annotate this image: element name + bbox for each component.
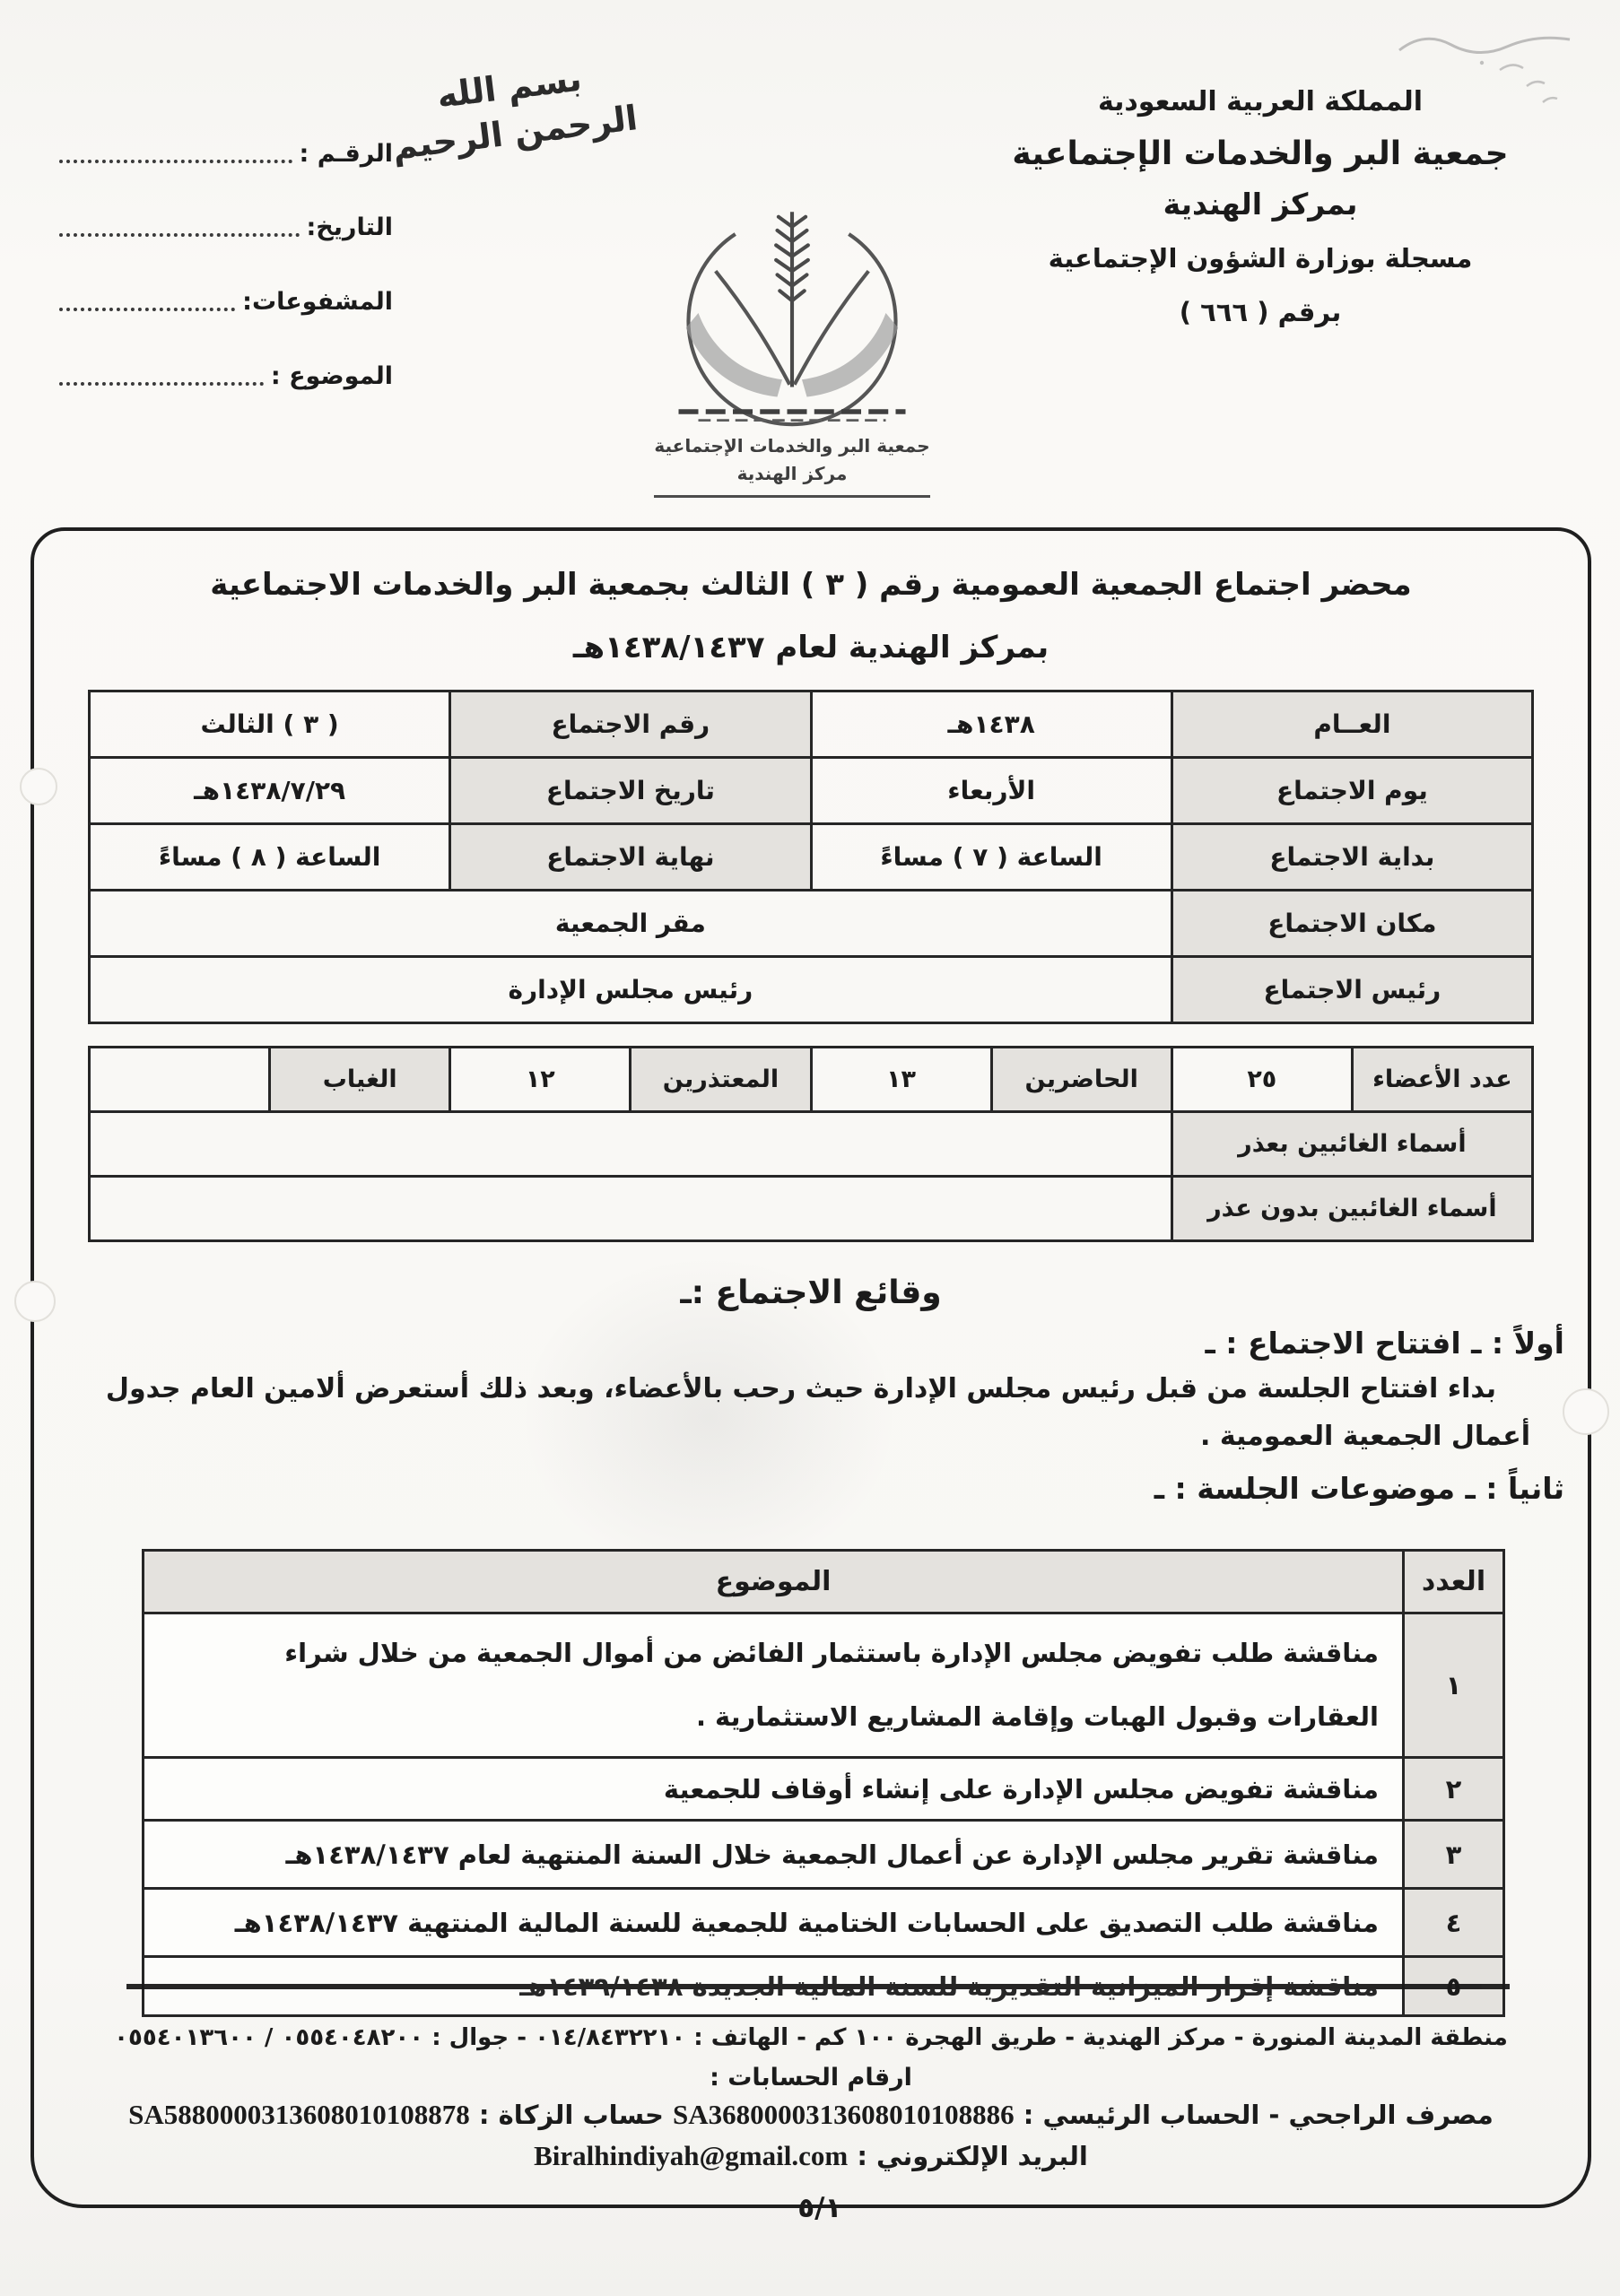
absent-with-excuse-label: أسماء الغائبين بعذر xyxy=(1171,1112,1532,1177)
info-label-cell: مكان الاجتماع xyxy=(1171,891,1532,957)
footer-address: منطقة المدينة المنورة - مركز الهندية - ط… xyxy=(34,2024,1588,2051)
registration-note: مسجلة بوزارة الشؤون الإجتماعية xyxy=(951,243,1570,274)
footer-bank-line: مصرف الراجحي - الحساب الرئيسي : SA368000… xyxy=(34,2099,1588,2131)
attendance-label-cell: الغياب xyxy=(270,1048,450,1112)
date-field: التاريخ: xyxy=(59,211,393,242)
strikethrough-line xyxy=(126,1984,1510,1989)
table-row: ٤ مناقشة طلب التصديق على الحسابات الختام… xyxy=(144,1889,1504,1957)
punch-hole xyxy=(20,768,57,805)
attachments-field-label: المشفوعات: xyxy=(242,288,393,316)
topic-subject: مناقشة طلب التصديق على الحسابات الختامية… xyxy=(144,1889,1404,1957)
page-number: ٥/١ xyxy=(797,2192,841,2224)
letterhead-left-fields: الرقـم : التاريخ: المشفوعات: الموضوع : xyxy=(59,136,393,433)
absent-without-excuse-label: أسماء الغائبين بدون عذر xyxy=(1171,1177,1532,1241)
footer-email-line: البريد الإلكتروني : Biralhindiyah@gmail.… xyxy=(34,2140,1588,2172)
number-field: الرقـم : xyxy=(59,136,393,168)
punch-hole xyxy=(14,1281,56,1322)
info-label-cell: العــام xyxy=(1171,691,1532,758)
attendance-label-cell: الحاضرين xyxy=(991,1048,1171,1112)
date-field-blank xyxy=(59,211,300,238)
info-label-cell: نهاية الاجتماع xyxy=(450,824,811,891)
topics-subject-header: الموضوع xyxy=(144,1551,1404,1613)
date-field-label: التاريخ: xyxy=(307,213,394,241)
info-label-cell: يوم الاجتماع xyxy=(1171,758,1532,824)
info-value-cell: ( ٣ ) الثالث xyxy=(90,691,450,758)
meeting-info-table: العــام ١٤٣٨هـ رقم الاجتماع ( ٣ ) الثالث… xyxy=(88,690,1534,1024)
document-body-frame: محضر اجتماع الجمعية العمومية رقم ( ٣ ) ا… xyxy=(30,527,1591,2208)
logo-caption-line1: جمعية البر والخدمات الإجتماعية xyxy=(654,432,929,460)
country-name: المملكة العربية السعودية xyxy=(951,86,1570,117)
letterhead-right-block: المملكة العربية السعودية جمعية البر والخ… xyxy=(951,86,1570,327)
main-account-number: SA3680000313608010108886 xyxy=(673,2099,1015,2130)
subject-field: الموضوع : xyxy=(59,359,393,390)
topics-number-header: العدد xyxy=(1404,1551,1504,1613)
table-row: العــام ١٤٣٨هـ رقم الاجتماع ( ٣ ) الثالث xyxy=(90,691,1533,758)
first-item-title: أولاً : ـ افتتاح الاجتماع : ـ xyxy=(34,1326,1564,1361)
attendance-table: عدد الأعضاء ٢٥ الحاضرين ١٣ المعتذرين ١٢ … xyxy=(88,1046,1534,1242)
document-title-line1: محضر اجتماع الجمعية العمومية رقم ( ٣ ) ا… xyxy=(34,554,1588,617)
attendance-value-cell: ٢٥ xyxy=(1171,1048,1352,1112)
topic-number: ٢ xyxy=(1404,1758,1504,1821)
info-label-cell: بداية الاجتماع xyxy=(1171,824,1532,891)
table-row: ٣ مناقشة تقرير مجلس الإدارة عن أعمال الج… xyxy=(144,1821,1504,1889)
second-item-title: ثانياً : ـ موضوعات الجلسة : ـ xyxy=(34,1471,1564,1506)
table-row: ٢ مناقشة تفويض مجلس الإدارة على إنشاء أو… xyxy=(144,1758,1504,1821)
topic-subject: مناقشة طلب تفويض مجلس الإدارة باستثمار ا… xyxy=(144,1613,1404,1758)
punch-hole xyxy=(1563,1388,1609,1435)
topic-number: ٤ xyxy=(1404,1889,1504,1957)
logo-caption-line2: مركز الهندية xyxy=(654,460,929,488)
association-name: جمعية البر والخدمات الإجتماعية xyxy=(951,135,1570,172)
attendance-value-cell: ١٢ xyxy=(450,1048,631,1112)
email-label: البريد الإلكتروني : xyxy=(857,2141,1088,2171)
info-value-cell: مقر الجمعية xyxy=(90,891,1172,957)
info-label-cell: تاريخ الاجتماع xyxy=(450,758,811,824)
basmala-calligraphy: بسم الله الرحمن الرحيم xyxy=(378,49,647,172)
zakat-account-label: حساب الزكاة : xyxy=(479,2100,664,2130)
table-row: مكان الاجتماع مقر الجمعية xyxy=(90,891,1533,957)
topic-number: ١ xyxy=(1404,1613,1504,1758)
number-field-label: الرقـم : xyxy=(300,140,393,168)
info-label-cell: رقم الاجتماع xyxy=(450,691,811,758)
info-value-cell: ١٤٣٨هـ xyxy=(811,691,1171,758)
table-row: رئيس الاجتماع رئيس مجلس الإدارة xyxy=(90,957,1533,1023)
logo-caption: جمعية البر والخدمات الإجتماعية مركز الهن… xyxy=(654,432,929,498)
table-row: عدد الأعضاء ٢٥ الحاضرين ١٣ المعتذرين ١٢ … xyxy=(90,1048,1533,1112)
topic-number: ٣ xyxy=(1404,1821,1504,1889)
table-row-struck: ٥ مناقشة إقرار الميزانية التقديرية للسنة… xyxy=(144,1957,1504,2016)
subject-field-label: الموضوع : xyxy=(271,362,393,390)
attendance-label-cell: عدد الأعضاء xyxy=(1352,1048,1532,1112)
info-value-cell: الساعة ( ٧ ) مساءً xyxy=(811,824,1171,891)
document-title-line2: بمركز الهندية لعام ١٤٣٨/١٤٣٧هـ xyxy=(34,617,1588,680)
info-value-cell: الساعة ( ٨ ) مساءً xyxy=(90,824,450,891)
association-logo: جمعية البر والخدمات الإجتماعية مركز الهن… xyxy=(626,204,958,498)
scanned-document-page: المملكة العربية السعودية جمعية البر والخ… xyxy=(0,0,1620,2296)
table-row: بداية الاجتماع الساعة ( ٧ ) مساءً نهاية … xyxy=(90,824,1533,891)
table-row: ١ مناقشة طلب تفويض مجلس الإدارة باستثمار… xyxy=(144,1613,1504,1758)
topic-subject-struck: مناقشة إقرار الميزانية التقديرية للسنة ا… xyxy=(144,1957,1404,2016)
number-field-blank xyxy=(59,136,292,163)
info-value-cell: ١٤٣٨/٧/٢٩هـ xyxy=(90,758,450,824)
center-name: بمركز الهندية xyxy=(951,187,1570,222)
first-item-body: بداء افتتاح الجلسة من قبل رئيس مجلس الإد… xyxy=(70,1366,1530,1460)
footer-accounts-heading: ارقام الحسابات : xyxy=(34,2064,1588,2092)
topics-table: العدد الموضوع ١ مناقشة طلب تفويض مجلس ال… xyxy=(142,1549,1505,2017)
absent-without-excuse-value xyxy=(90,1177,1172,1241)
table-row: يوم الاجتماع الأربعاء تاريخ الاجتماع ١٤٣… xyxy=(90,758,1533,824)
wheat-hands-logo-icon xyxy=(644,204,940,441)
attendance-value-cell xyxy=(90,1048,270,1112)
document-title: محضر اجتماع الجمعية العمومية رقم ( ٣ ) ا… xyxy=(34,554,1588,679)
bank-name-label: مصرف الراجحي - الحساب الرئيسي : xyxy=(1023,2100,1494,2130)
info-value-cell: الأربعاء xyxy=(811,758,1171,824)
info-value-cell: رئيس مجلس الإدارة xyxy=(90,957,1172,1023)
table-row: أسماء الغائبين بدون عذر xyxy=(90,1177,1533,1241)
subject-field-blank xyxy=(59,359,264,386)
proceedings-heading: وقائع الاجتماع :ـ xyxy=(34,1274,1588,1311)
topic-subject: مناقشة تقرير مجلس الإدارة عن أعمال الجمع… xyxy=(144,1821,1404,1889)
zakat-account-number: SA5880000313608010108878 xyxy=(128,2099,470,2130)
attendance-value-cell: ١٣ xyxy=(811,1048,991,1112)
attachments-field-blank xyxy=(59,284,235,311)
attachments-field: المشفوعات: xyxy=(59,284,393,316)
info-label-cell: رئيس الاجتماع xyxy=(1171,957,1532,1023)
registration-number: برقم ( ٦٦٦ ) xyxy=(951,297,1570,327)
topic-subject: مناقشة تفويض مجلس الإدارة على إنشاء أوقا… xyxy=(144,1758,1404,1821)
email-address: Biralhindiyah@gmail.com xyxy=(534,2140,848,2171)
absent-with-excuse-value xyxy=(90,1112,1172,1177)
table-header-row: العدد الموضوع xyxy=(144,1551,1504,1613)
attendance-label-cell: المعتذرين xyxy=(631,1048,811,1112)
table-row: أسماء الغائبين بعذر xyxy=(90,1112,1533,1177)
